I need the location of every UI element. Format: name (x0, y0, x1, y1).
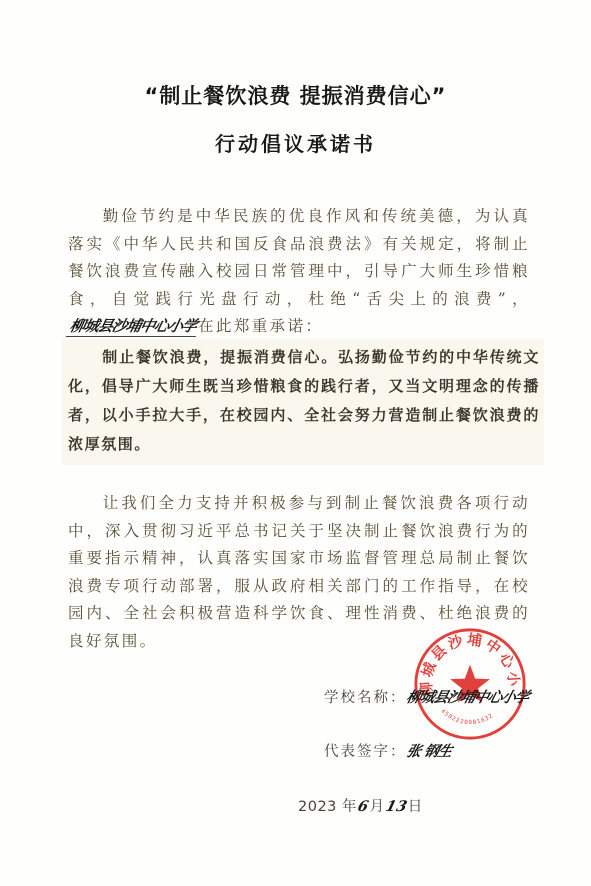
commitment-paragraph: 制止餐饮浪费，提振消费信心。弘扬勤俭节约的中华传统文化，倡导广大师生既当珍惜粮食… (62, 339, 544, 465)
date-month-suffix: 月 (370, 799, 385, 815)
date-year-suffix: 年 (337, 799, 357, 815)
school-name-row: 学校名称：柳城县沙埔中心小学 (324, 686, 528, 707)
official-seal-stamp: 柳城县沙埔中心小学 4502220001632 (412, 626, 528, 742)
seal-code: 4502220001632 (439, 708, 494, 726)
date-year: 2023 (298, 799, 337, 815)
intro-paragraph: 勤俭节约是中华民族的优良作风和传统美德，为认真落实《中华人民共和国反食品浪费法》… (68, 203, 530, 341)
svg-text:4502220001632: 4502220001632 (439, 708, 494, 726)
date-day-suffix: 日 (408, 799, 423, 815)
school-name-label: 学校名称： (324, 690, 407, 706)
commitment-letter-page: “制止餐饮浪费 提振消费信心” 行动倡议承诺书 勤俭节约是中华民族的优良作风和传… (0, 0, 591, 886)
handwritten-school-name-fill: 柳城县沙埔中心小学 (66, 316, 200, 337)
representative-signature: 张 钢生 (404, 740, 454, 761)
intro-text: 勤俭节约是中华民族的优良作风和传统美德，为认真落实《中华人民共和国反食品浪费法》… (68, 207, 530, 308)
school-name-signature: 柳城县沙埔中心小学 (404, 686, 531, 707)
date-month-handwritten: 6 (356, 798, 371, 815)
document-subtitle: 行动倡议承诺书 (0, 128, 591, 157)
intro-text-end: 在此郑重承诺： (198, 317, 323, 335)
document-title: “制止餐饮浪费 提振消费信心” (0, 80, 591, 110)
commitment-text: 制止餐饮浪费，提振消费信心。弘扬勤俭节约的中华传统文化，倡导广大师生既当珍惜粮食… (68, 348, 540, 453)
representative-signature-row: 代表签字：张 钢生 (324, 740, 451, 761)
date-day-handwritten: 13 (383, 798, 408, 815)
representative-label: 代表签字： (324, 744, 407, 760)
date-row: 2023 年6月13日 (298, 795, 423, 816)
